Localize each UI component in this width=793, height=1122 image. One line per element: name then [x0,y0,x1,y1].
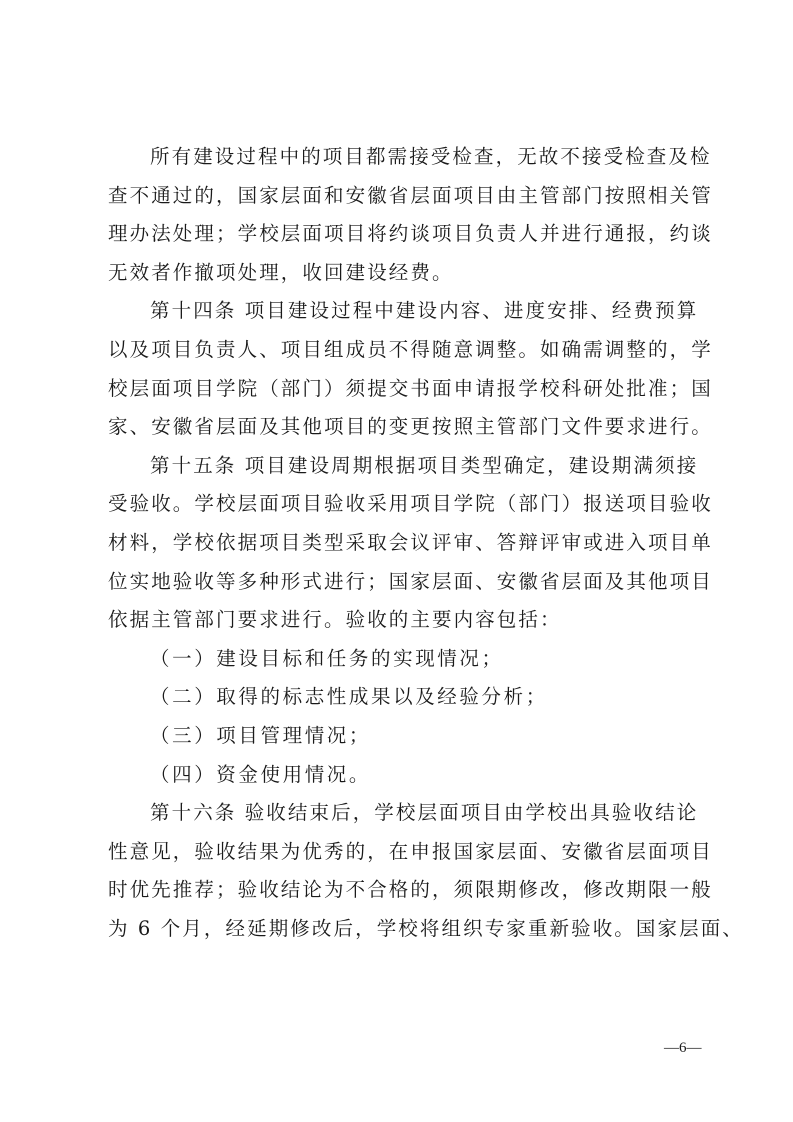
text-line: （四）资金使用情况。 [150,756,694,795]
text-line: 第十五条 项目建设周期根据项目类型确定，建设期满须接 [108,447,694,486]
text-line: 受验收。学校层面项目验收采用项目学院（部门）报送项目验收 [108,485,694,524]
list-item-1: （一）建设目标和任务的实现情况； [108,640,694,679]
text-line: 校层面项目学院（部门）须提交书面申请报学校科研处批准；国 [108,370,694,409]
list-item-3: （三）项目管理情况； [108,717,694,756]
text-line: 所有建设过程中的项目都需接受检查，无故不接受检查及检 [108,138,694,177]
document-body: 所有建设过程中的项目都需接受检查，无故不接受检查及检 查不通过的，国家层面和安徽… [108,138,694,948]
page-number: —6— [664,1040,702,1057]
text-line: 为 6 个月，经延期修改后，学校将组织专家重新验收。国家层面、 [108,910,694,949]
text-line: 第十六条 验收结束后，学校层面项目由学校出具验收结论 [108,794,694,833]
text-line: （二）取得的标志性成果以及经验分析； [150,678,694,717]
text-line: 材料，学校依据项目类型采取会议评审、答辩评审或进入项目单 [108,524,694,563]
list-item-2: （二）取得的标志性成果以及经验分析； [108,678,694,717]
text-line: 无效者作撤项处理，收回建设经费。 [108,254,694,293]
text-line: 依据主管部门要求进行。验收的主要内容包括： [108,601,694,640]
text-line: 理办法处理；学校层面项目将约谈项目负责人并进行通报，约谈 [108,215,694,254]
text-line: 时优先推荐；验收结论为不合格的，须限期修改，修改期限一般 [108,871,694,910]
paragraph-article-16: 第十六条 验收结束后，学校层面项目由学校出具验收结论 性意见，验收结果为优秀的，… [108,794,694,948]
text-line: （一）建设目标和任务的实现情况； [150,640,694,679]
paragraph-article-15: 第十五条 项目建设周期根据项目类型确定，建设期满须接 受验收。学校层面项目验收采… [108,447,694,640]
text-line: 性意见，验收结果为优秀的，在申报国家层面、安徽省层面项目 [108,833,694,872]
text-line: （三）项目管理情况； [150,717,694,756]
text-line: 查不通过的，国家层面和安徽省层面项目由主管部门按照相关管 [108,177,694,216]
paragraph-article-14: 第十四条 项目建设过程中建设内容、进度安排、经费预算 以及项目负责人、项目组成员… [108,292,694,446]
document-page: 所有建设过程中的项目都需接受检查，无故不接受检查及检 查不通过的，国家层面和安徽… [0,0,793,1122]
paragraph-inspection: 所有建设过程中的项目都需接受检查，无故不接受检查及检 查不通过的，国家层面和安徽… [108,138,694,292]
text-line: 第十四条 项目建设过程中建设内容、进度安排、经费预算 [108,292,694,331]
text-line: 以及项目负责人、项目组成员不得随意调整。如确需调整的，学 [108,331,694,370]
text-line: 家、安徽省层面及其他项目的变更按照主管部门文件要求进行。 [108,408,694,447]
text-line: 位实地验收等多种形式进行；国家层面、安徽省层面及其他项目 [108,563,694,602]
list-item-4: （四）资金使用情况。 [108,756,694,795]
